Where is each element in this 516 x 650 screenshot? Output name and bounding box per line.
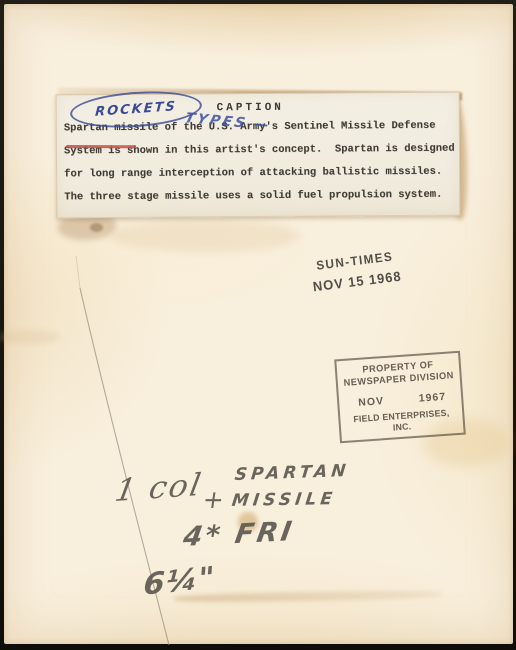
pencil-note-plus: + [201, 485, 226, 514]
stain-speck [90, 223, 103, 232]
stain-bottom-smudge [174, 590, 442, 604]
pencil-note-subject-spartan: SPARTAN [234, 461, 351, 485]
property-stamp-company: FIELD ENTERPRISES, INC. [344, 407, 459, 437]
red-underline-spartan [66, 145, 136, 148]
pencil-note-width: 6¼" [142, 560, 216, 602]
property-stamp-month: NOV [358, 395, 385, 409]
pencil-note-columns: 1 col [112, 467, 205, 509]
property-stamp: PROPERTY OF NEWSPAPER DIVISION NOV 1967 … [334, 351, 466, 444]
press-photo-back-scan: CAPTION Spartan missile of the U.S. Army… [0, 0, 516, 650]
caption-line-4: The three stage missile uses a solid fue… [64, 184, 459, 210]
property-stamp-year: 1967 [418, 391, 446, 405]
pencil-note-schedule: 4* FRI [181, 516, 297, 553]
caption-line-2: System is shown in this artist's concept… [64, 138, 459, 164]
stain-left-band [0, 330, 60, 344]
pencil-note-subject-missile: MISSILE [231, 489, 338, 511]
pen-annotation-rockets-label: ROCKETS [95, 99, 178, 120]
photo-paper-back: CAPTION Spartan missile of the U.S. Army… [4, 4, 513, 644]
caption-line-3: for long range interception of attacking… [64, 161, 459, 187]
stain-under-caption [110, 220, 300, 252]
suntimes-date-stamp: SUN-TIMES NOV 15 1968 [295, 247, 416, 296]
